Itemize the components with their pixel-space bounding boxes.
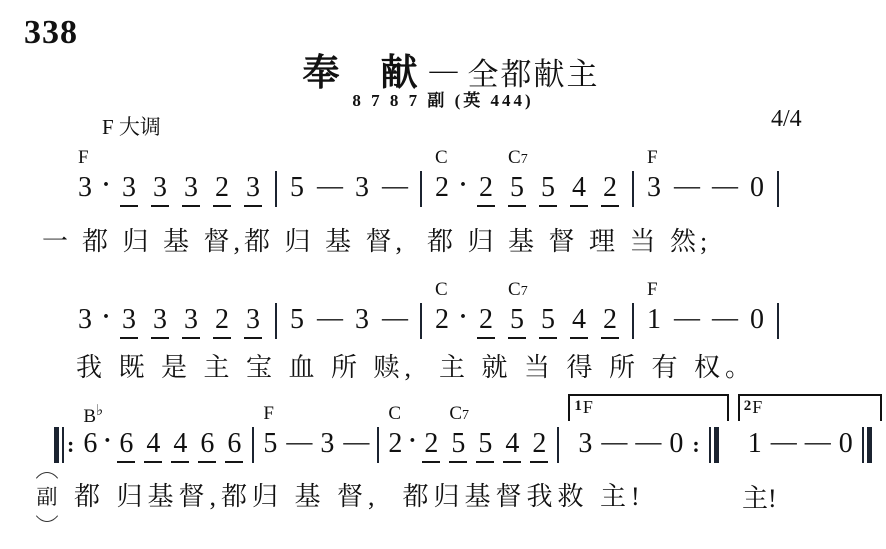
barline xyxy=(862,427,864,463)
barline xyxy=(632,171,634,207)
chord-label: F xyxy=(263,404,274,423)
note-with-chord: C 2 xyxy=(388,430,402,463)
note: 5 xyxy=(539,306,557,339)
note: 4 xyxy=(171,430,189,463)
note: 6 xyxy=(198,430,216,463)
note: 3 xyxy=(355,306,369,339)
verse-number: 一 xyxy=(42,226,68,259)
dot: · xyxy=(103,429,111,463)
note: 2 xyxy=(601,174,619,207)
note: 5 xyxy=(290,306,304,339)
lyrics-line-2: 我 既 是 主 宝 血 所 赎, 主 就 当 得 所 有 权。 xyxy=(76,352,756,385)
dash: — xyxy=(317,173,342,207)
dash: — xyxy=(771,429,796,463)
note: 5 xyxy=(290,174,304,207)
dash: — xyxy=(712,305,737,339)
thick-barline xyxy=(54,427,59,463)
note-with-chord: F 3 xyxy=(78,174,92,207)
music-line-2: 3 · 3 3 3 2 3 5 — 3 — C 2 · 2 C7 5 5 4 2… xyxy=(78,301,779,339)
barline xyxy=(632,303,634,339)
barline xyxy=(557,427,559,463)
thick-barline xyxy=(867,427,872,463)
note: 3 xyxy=(320,430,334,463)
note-with-chord: F 5 xyxy=(263,430,277,463)
note: 2 xyxy=(213,174,231,207)
note: 3 xyxy=(120,174,138,207)
note: 2 xyxy=(388,430,402,463)
chord-label: B♭ xyxy=(83,404,103,426)
barline xyxy=(420,171,422,207)
time-signature: 4/4 xyxy=(771,106,802,133)
second-ending-label: 2F xyxy=(744,398,763,417)
note-with-chord: B♭ 6 xyxy=(83,430,97,463)
hymn-sheet: 338 奉 献—全都献主 8 7 8 7 副 (英 444) F 大调 4/4 … xyxy=(0,0,886,549)
barline xyxy=(62,427,64,463)
barline xyxy=(709,427,711,463)
chord-label: F xyxy=(78,148,89,167)
dot: · xyxy=(459,305,467,339)
note: 3 xyxy=(355,174,369,207)
dash: — xyxy=(317,305,342,339)
dash: — xyxy=(674,305,699,339)
note: 3 xyxy=(78,306,92,339)
barline xyxy=(777,303,779,339)
note: 6 xyxy=(225,430,243,463)
dot: · xyxy=(459,173,467,207)
repeat-colon: : xyxy=(67,434,74,463)
rest: 0 xyxy=(750,174,764,207)
chord-label: C7 xyxy=(508,280,528,299)
note: 5 xyxy=(449,430,467,463)
title-dash: — xyxy=(430,55,458,86)
rest: 0 xyxy=(669,430,683,463)
dash: — xyxy=(712,173,737,207)
flat-icon: ♭ xyxy=(96,403,103,419)
note: 4 xyxy=(570,306,588,339)
second-ending: 2F 1 — — 0 xyxy=(738,427,882,463)
dot: · xyxy=(102,173,110,207)
note-with-chord: C7 5 xyxy=(508,306,526,339)
note: 2 xyxy=(422,430,440,463)
music-line-1: F 3 · 3 3 3 2 3 5 — 3 — C 2 · 2 C7 5 5 4… xyxy=(78,169,779,207)
chord-label: C7 xyxy=(508,148,528,167)
chord-label: F xyxy=(647,280,658,299)
end-repeat-sign xyxy=(709,427,719,463)
note-with-chord: C 2 xyxy=(435,306,449,339)
dot: · xyxy=(408,429,416,463)
note-with-chord: C7 5 xyxy=(449,430,467,463)
note: 3 xyxy=(182,306,200,339)
lyrics-text: 我 既 是 主 宝 血 所 赎, 主 就 当 得 所 有 权。 xyxy=(76,352,756,385)
key-signature: F 大调 xyxy=(102,111,161,141)
dash: — xyxy=(343,429,368,463)
final-barline xyxy=(862,427,872,463)
chord-label: C7 xyxy=(449,404,469,423)
note: 3 xyxy=(151,174,169,207)
dash: — xyxy=(674,173,699,207)
dash: — xyxy=(635,429,660,463)
note: 1 xyxy=(647,306,661,339)
note: 3 xyxy=(244,306,262,339)
note: 4 xyxy=(144,430,162,463)
barline xyxy=(377,427,379,463)
first-ending-label: 1F xyxy=(574,398,593,417)
chorus-marker-badge: 副 xyxy=(30,472,64,522)
note: 2 xyxy=(601,306,619,339)
note: 6 xyxy=(83,430,97,463)
note: 5 xyxy=(263,430,277,463)
barline xyxy=(777,171,779,207)
barline xyxy=(275,171,277,207)
note-with-chord: C7 5 xyxy=(508,174,526,207)
barline xyxy=(252,427,254,463)
repeat-colon: : xyxy=(692,434,699,463)
note: 3 xyxy=(78,174,92,207)
note: 3 xyxy=(120,306,138,339)
chord-label: C xyxy=(435,148,448,167)
chorus-marker-label: 副 xyxy=(37,484,58,510)
rest: 0 xyxy=(750,306,764,339)
dash: — xyxy=(805,429,830,463)
begin-repeat-sign: : xyxy=(54,427,74,463)
first-ending: 1F 3 — — 0 : xyxy=(568,427,728,463)
note: 2 xyxy=(213,306,231,339)
meter-info: 8 7 8 7 副 (英 444) xyxy=(0,86,886,111)
lyrics-text: 都 归 基 督,都 归 基 督, 都 归 基 督 理 当 然; xyxy=(82,226,711,259)
note: 3 xyxy=(182,174,200,207)
note-with-chord: C 2 xyxy=(435,174,449,207)
note: 2 xyxy=(477,174,495,207)
note: 6 xyxy=(117,430,135,463)
music-line-3: : B♭ 6 · 6 4 4 6 6 F 5 — 3 — C 2 · 2 C7 … xyxy=(54,425,882,463)
dash: — xyxy=(286,429,311,463)
note-with-chord: F 3 xyxy=(647,174,661,207)
note: 5 xyxy=(476,430,494,463)
dot: · xyxy=(102,305,110,339)
dash: — xyxy=(382,173,407,207)
note: 3 xyxy=(578,430,592,463)
note: 5 xyxy=(539,174,557,207)
lyrics-line-1: 一 都 归 基 督,都 归 基 督, 都 归 基 督 理 当 然; xyxy=(42,226,711,259)
chord-label: F xyxy=(647,148,658,167)
note: 1 xyxy=(748,430,762,463)
note: 2 xyxy=(530,430,548,463)
rest: 0 xyxy=(839,430,853,463)
barline xyxy=(420,303,422,339)
note: 2 xyxy=(477,306,495,339)
note: 2 xyxy=(435,306,449,339)
lyrics-text: 都 归基督,都归 基 督, 都归基督我救 主! xyxy=(74,481,645,514)
dash: — xyxy=(601,429,626,463)
note: 5 xyxy=(508,306,526,339)
note: 4 xyxy=(503,430,521,463)
thick-barline xyxy=(714,427,719,463)
note: 3 xyxy=(151,306,169,339)
note: 3 xyxy=(244,174,262,207)
chord-label: C xyxy=(388,404,401,423)
note: 4 xyxy=(570,174,588,207)
dash: — xyxy=(382,305,407,339)
lyrics-line-refrain: 副 都 归基督,都归 基 督, 都归基督我救 主! xyxy=(30,472,645,522)
chord-label: C xyxy=(435,280,448,299)
lyrics-tail: 主! xyxy=(742,478,777,515)
barline xyxy=(275,303,277,339)
note: 5 xyxy=(508,174,526,207)
note: 2 xyxy=(435,174,449,207)
note-with-chord: F 1 xyxy=(647,306,661,339)
note: 3 xyxy=(647,174,661,207)
